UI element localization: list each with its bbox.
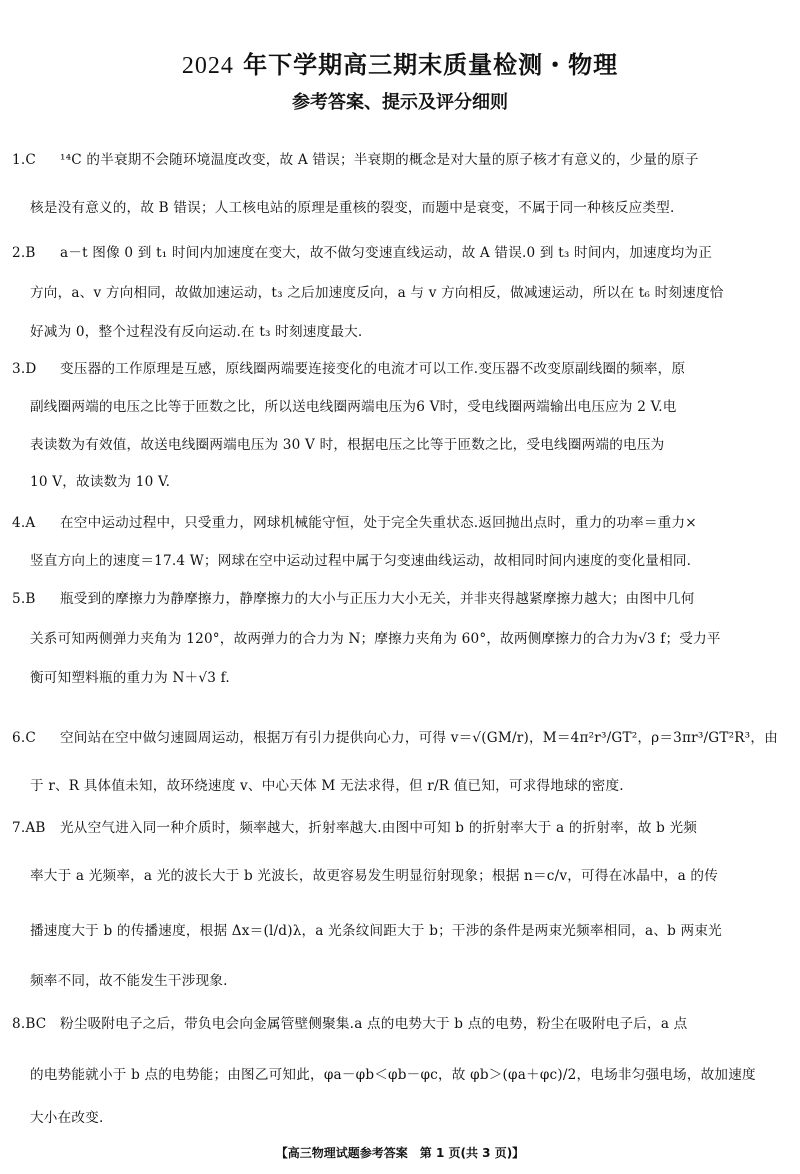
answer-number: 5.B — [12, 589, 60, 609]
answer-2-line-3: 好减为 0，整个过程没有反向运动.在 t₃ 时刻速度最大. — [30, 322, 362, 342]
answer-number: 3.D — [12, 359, 60, 379]
answer-number: 4.A — [12, 513, 60, 533]
answer-text: 粉尘吸附电子之后，带负电会向金属管壁侧聚集.a 点的电势大于 b 点的电势，粉尘… — [60, 1016, 687, 1032]
title-text: 年下学期高三期末质量检测・物理 — [234, 51, 618, 79]
answer-text: 瓶受到的摩擦力为静摩擦力，静摩擦力的大小与正压力大小无关，并非夹得越紧摩擦力越大… — [60, 591, 695, 607]
answer-3-line-4: 10 V，故读数为 10 V. — [30, 472, 170, 492]
answer-text: 变压器的工作原理是互感，原线圈两端要连接变化的电流才可以工作.变压器不改变原副线… — [60, 361, 685, 377]
answer-8-line-2: 的电势能就小于 b 点的电势能；由图乙可知此，φa－φb＜φb－φc，故 φb＞… — [30, 1065, 756, 1085]
answer-6-line-1: 6.C空间站在空中做匀速圆周运动，根据万有引力提供向心力，可得 v＝√(GM/r… — [12, 728, 778, 748]
answer-text: ¹⁴C 的半衰期不会随环境温度改变，故 A 错误；半衰期的概念是对大量的原子核才… — [60, 152, 699, 168]
answer-text: a－t 图像 0 到 t₁ 时间内加速度在变大，故不做匀变速直线运动，故 A 错… — [60, 245, 712, 261]
answer-4-line-1: 4.A在空中运动过程中，只受重力，网球机械能守恒，处于完全失重状态.返回抛出点时… — [12, 513, 697, 533]
answer-number: 6.C — [12, 728, 60, 748]
answer-text: 空间站在空中做匀速圆周运动，根据万有引力提供向心力，可得 v＝√(GM/r)，M… — [60, 730, 778, 746]
answer-4-line-2: 竖直方向上的速度＝17.4 W；网球在空中运动过程中属于匀变速曲线运动，故相同时… — [30, 551, 691, 571]
answer-2-line-1: 2.Ba－t 图像 0 到 t₁ 时间内加速度在变大，故不做匀变速直线运动，故 … — [12, 243, 712, 263]
answer-3-line-2: 副线圈两端的电压之比等于匝数之比，所以送电线圈两端电压为6 V时，受电线圈两端输… — [30, 397, 677, 417]
answer-7-line-3: 播速度大于 b 的传播速度，根据 Δx＝(l/d)λ，a 光条纹间距大于 b；干… — [30, 921, 722, 941]
page-footer: 【高三物理试题参考答案 第 1 页(共 3 页)】 — [0, 1144, 800, 1161]
answer-3-line-3: 表读数为有效值，故送电线圈两端电压为 30 V 时，根据电压之比等于匝数之比，受… — [30, 435, 664, 455]
answer-number: 2.B — [12, 243, 60, 263]
answer-7-line-2: 率大于 a 光频率，a 光的波长大于 b 光波长，故更容易发生明显衍射现象；根据… — [30, 866, 718, 886]
answer-number: 8.BC — [12, 1014, 60, 1034]
page-title: 2024 年下学期高三期末质量检测・物理 — [0, 45, 800, 80]
answer-3-line-1: 3.D变压器的工作原理是互感，原线圈两端要连接变化的电流才可以工作.变压器不改变… — [12, 359, 685, 379]
answer-1-line-2: 核是没有意义的，故 B 错误；人工核电站的原理是重核的裂变，而题中是衰变，不属于… — [30, 198, 674, 218]
answer-number: 7.AB — [12, 818, 60, 838]
answer-2-line-2: 方向，a、v 方向相同，故做加速运动，t₃ 之后加速度反向，a 与 v 方向相反… — [30, 283, 724, 303]
answer-5-line-1: 5.B瓶受到的摩擦力为静摩擦力，静摩擦力的大小与正压力大小无关，并非夹得越紧摩擦… — [12, 589, 695, 609]
answer-5-line-2: 关系可知两侧弹力夹角为 120°，故两弹力的合力为 N；摩擦力夹角为 60°，故… — [30, 629, 721, 649]
answer-8-line-1: 8.BC粉尘吸附电子之后，带负电会向金属管壁侧聚集.a 点的电势大于 b 点的电… — [12, 1014, 687, 1034]
answer-6-line-2: 于 r、R 具体值未知，故环绕速度 v、中心天体 M 无法求得，但 r/R 值已… — [30, 776, 624, 796]
answer-8-line-3: 大小在改变. — [30, 1108, 104, 1128]
answer-number: 1.C — [12, 150, 60, 170]
answer-text: 光从空气进入同一种介质时，频率越大，折射率越大.由图中可知 b 的折射率大于 a… — [60, 820, 697, 836]
title-year: 2024 — [182, 53, 234, 79]
answer-5-line-3: 衡可知塑料瓶的重力为 N＋√3 f. — [30, 668, 230, 688]
answer-1-line-1: 1.C¹⁴C 的半衰期不会随环境温度改变，故 A 错误；半衰期的概念是对大量的原… — [12, 150, 699, 170]
page-subtitle: 参考答案、提示及评分细则 — [0, 88, 800, 114]
answer-text: 在空中运动过程中，只受重力，网球机械能守恒，处于完全失重状态.返回抛出点时，重力… — [60, 515, 697, 531]
answer-7-line-4: 频率不同，故不能发生干涉现象. — [30, 971, 228, 991]
answer-7-line-1: 7.AB光从空气进入同一种介质时，频率越大，折射率越大.由图中可知 b 的折射率… — [12, 818, 697, 838]
